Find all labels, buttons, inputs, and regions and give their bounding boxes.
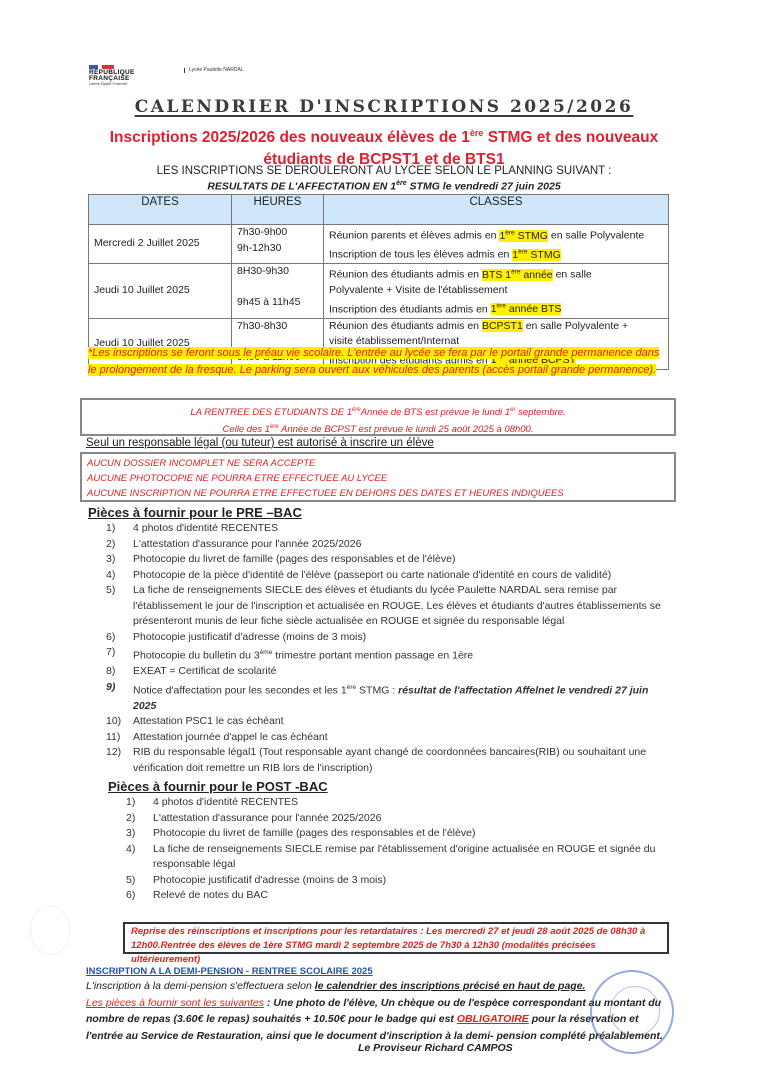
item-text: La fiche de renseignements SIECLE des él… <box>133 583 671 630</box>
scan-artifact <box>30 905 70 955</box>
subtitle: Inscriptions 2025/2026 des nouveaux élèv… <box>90 122 678 171</box>
highlight: 1ère année BTS <box>491 303 562 315</box>
hour-slot: 9h45 à 11h45 <box>237 295 318 311</box>
schedule-table: DATES HEURES CLASSES Mercredi 2 Juillet … <box>88 194 669 370</box>
item-text: Attestation PSC1 le cas échéant <box>133 714 671 730</box>
row-date: Mercredi 2 Juillet 2025 <box>89 225 232 264</box>
item-number: 1) <box>126 795 153 811</box>
list-item: 3)Photocopie du livret de famille (pages… <box>126 826 671 842</box>
list-item: 2)L'attestation d'assurance pour l'année… <box>106 537 671 553</box>
list-item: 5)Photocopie justificatif d'adresse (moi… <box>126 873 671 889</box>
item-number: 11) <box>106 730 133 746</box>
list-item: 10)Attestation PSC1 le cas échéant <box>106 714 671 730</box>
row-classes: Réunion parents et élèves admis en 1ère … <box>324 225 669 264</box>
republique-logo: RÉPUBLIQUE FRANÇAISE Liberté Égalité Fra… <box>89 65 169 87</box>
row-hours: 7h30-9h009h-12h30 <box>232 225 324 264</box>
item-text: Photocopie du livret de famille (pages d… <box>133 552 671 568</box>
list-item: 5)La fiche de renseignements SIECLE des … <box>106 583 671 630</box>
item-number: 5) <box>126 873 153 889</box>
list-item: 7)Photocopie du bulletin du 3ème trimest… <box>106 645 671 664</box>
demi-pension-heading: INSCRIPTION A LA DEMI-PENSION - RENTREE … <box>86 966 373 977</box>
logo-text: RÉPUBLIQUE FRANÇAISE <box>89 70 169 82</box>
legal-guardian-note: Seul un responsable légal (ou tuteur) es… <box>86 437 434 449</box>
item-text: Photocopie justificatif d'adresse (moins… <box>153 873 671 889</box>
access-note: *Les inscriptions se feront sous le préa… <box>88 345 669 379</box>
rentree-bcpst: Celle des 1ère Année de BCPST est prévue… <box>82 420 674 437</box>
list-item: 3)Photocopie du livret de famille (pages… <box>106 552 671 568</box>
highlight: BCPST1 <box>482 320 523 332</box>
row-hours: 8H30-9h30 9h45 à 11h45 <box>232 264 324 319</box>
list-item: 6)Photocopie justificatif d'adresse (moi… <box>106 630 671 646</box>
item-number: 4) <box>126 842 153 873</box>
class-line: Réunion des étudiants admis en BTS 1ère … <box>329 264 663 283</box>
highlight: BTS 1ère année <box>482 269 553 281</box>
list-item: 1)4 photos d'identité RECENTES <box>126 795 671 811</box>
logo-motto: Liberté Égalité Fraternité <box>89 83 169 87</box>
page-title: CALENDRIER D'INSCRIPTIONS 2025/2026 <box>0 97 768 117</box>
item-number: 1) <box>106 521 133 537</box>
item-number: 9) <box>106 680 133 715</box>
row-date: Jeudi 10 Juillet 2025 <box>89 264 232 319</box>
hour-slot <box>237 280 318 296</box>
list-item: 1)4 photos d'identité RECENTES <box>106 521 671 537</box>
rentree-box: LA RENTREE DES ETUDIANTS DE 1èreAnnée de… <box>80 398 676 436</box>
item-number: 3) <box>126 826 153 842</box>
item-number: 10) <box>106 714 133 730</box>
item-number: 4) <box>106 568 133 584</box>
item-text: Attestation journée d'appel le cas échéa… <box>133 730 671 746</box>
item-text: Photocopie de la pièce d'identité de l'é… <box>133 568 671 584</box>
item-number: 6) <box>126 888 153 904</box>
item-number: 7) <box>106 645 133 664</box>
school-stamp <box>590 970 674 1054</box>
class-line: Réunion parents et élèves admis en 1ère … <box>329 225 663 244</box>
post-bac-list: 1)4 photos d'identité RECENTES2)L'attest… <box>126 795 671 904</box>
hour-slot: 7h30-8h30 <box>237 319 318 335</box>
pre-bac-list: 1)4 photos d'identité RECENTES2)L'attest… <box>106 521 671 776</box>
warning-item: AUCUNE INSCRIPTION NE POURRA ETRE EFFECT… <box>87 486 669 501</box>
post-bac-heading: Pièces à fournir pour le POST -BAC <box>108 779 328 794</box>
item-text: Photocopie justificatif d'adresse (moins… <box>133 630 671 646</box>
item-number: 2) <box>126 811 153 827</box>
planning-line: LES INSCRIPTIONS SE DEROULERONT AU LYCEE… <box>0 165 768 177</box>
item-text: Notice d'affectation pour les secondes e… <box>133 680 671 715</box>
item-text: La fiche de renseignements SIECLE remise… <box>153 842 671 873</box>
warnings-box: AUCUN DOSSIER INCOMPLET NE SERA ACCEPTE … <box>80 452 676 502</box>
row-classes: Réunion des étudiants admis en BTS 1ère … <box>324 264 669 319</box>
list-item: 8)EXEAT = Certificat de scolarité <box>106 664 671 680</box>
item-number: 8) <box>106 664 133 680</box>
item-text: EXEAT = Certificat de scolarité <box>133 664 671 680</box>
item-number: 3) <box>106 552 133 568</box>
highlight: 1ère STMG <box>512 249 561 261</box>
item-text: Relevé de notes du BAC <box>153 888 671 904</box>
item-text: Photocopie du livret de famille (pages d… <box>153 826 671 842</box>
warning-item: AUCUN DOSSIER INCOMPLET NE SERA ACCEPTE <box>87 456 669 471</box>
item-number: 12) <box>106 745 133 776</box>
list-item: 2)L'attestation d'assurance pour l'année… <box>126 811 671 827</box>
item-text: RIB du responsable légal1 (Tout responsa… <box>133 745 671 776</box>
table-row: Jeudi 10 Juillet 20258H30-9h30 9h45 à 11… <box>89 264 669 319</box>
table-row: Mercredi 2 Juillet 20257h30-9h009h-12h30… <box>89 225 669 264</box>
item-text: Photocopie du bulletin du 3ème trimestre… <box>133 645 671 664</box>
signature: Le Proviseur Richard CAMPOS <box>358 1042 513 1054</box>
list-item: 11)Attestation journée d'appel le cas éc… <box>106 730 671 746</box>
header-classes: CLASSES <box>324 195 669 225</box>
highlight: 1ère STMG <box>499 230 548 242</box>
school-name: Lycée Paulette NARDAL <box>184 68 244 73</box>
list-item: 12)RIB du responsable légal1 (Tout respo… <box>106 745 671 776</box>
header-heures: HEURES <box>232 195 324 225</box>
class-line: Inscription des étudiants admis en 1ère … <box>329 299 663 318</box>
rentree-bts: LA RENTREE DES ETUDIANTS DE 1èreAnnée de… <box>82 403 674 420</box>
class-line: Polyvalente + Visite de l'établissement <box>329 283 663 299</box>
header-dates: DATES <box>89 195 232 225</box>
class-line: Inscription de tous les élèves admis en … <box>329 244 663 263</box>
hour-slot: 9h-12h30 <box>237 241 318 257</box>
list-item: 9)Notice d'affectation pour les secondes… <box>106 680 671 715</box>
hour-slot: 8H30-9h30 <box>237 264 318 280</box>
pre-bac-heading: Pièces à fournir pour le PRE –BAC <box>88 505 302 520</box>
hour-slot: 7h30-9h00 <box>237 225 318 241</box>
reprise-box: Reprise des réinscriptions et inscriptio… <box>123 922 669 954</box>
warning-item: AUCUNE PHOTOCOPIE NE POURRA ETRE EFFECTU… <box>87 471 669 486</box>
item-text: 4 photos d'identité RECENTES <box>133 521 671 537</box>
item-text: L'attestation d'assurance pour l'année 2… <box>133 537 671 553</box>
item-text: 4 photos d'identité RECENTES <box>153 795 671 811</box>
class-line: Réunion des étudiants admis en BCPST1 en… <box>329 319 663 335</box>
item-number: 2) <box>106 537 133 553</box>
list-item: 4)La fiche de renseignements SIECLE remi… <box>126 842 671 873</box>
list-item: 4)Photocopie de la pièce d'identité de l… <box>106 568 671 584</box>
resultats-line: RESULTATS DE L'AFFECTATION EN 1ère STMG … <box>0 180 768 193</box>
item-text: L'attestation d'assurance pour l'année 2… <box>153 811 671 827</box>
item-number: 5) <box>106 583 133 630</box>
list-item: 6)Relevé de notes du BAC <box>126 888 671 904</box>
item-number: 6) <box>106 630 133 646</box>
